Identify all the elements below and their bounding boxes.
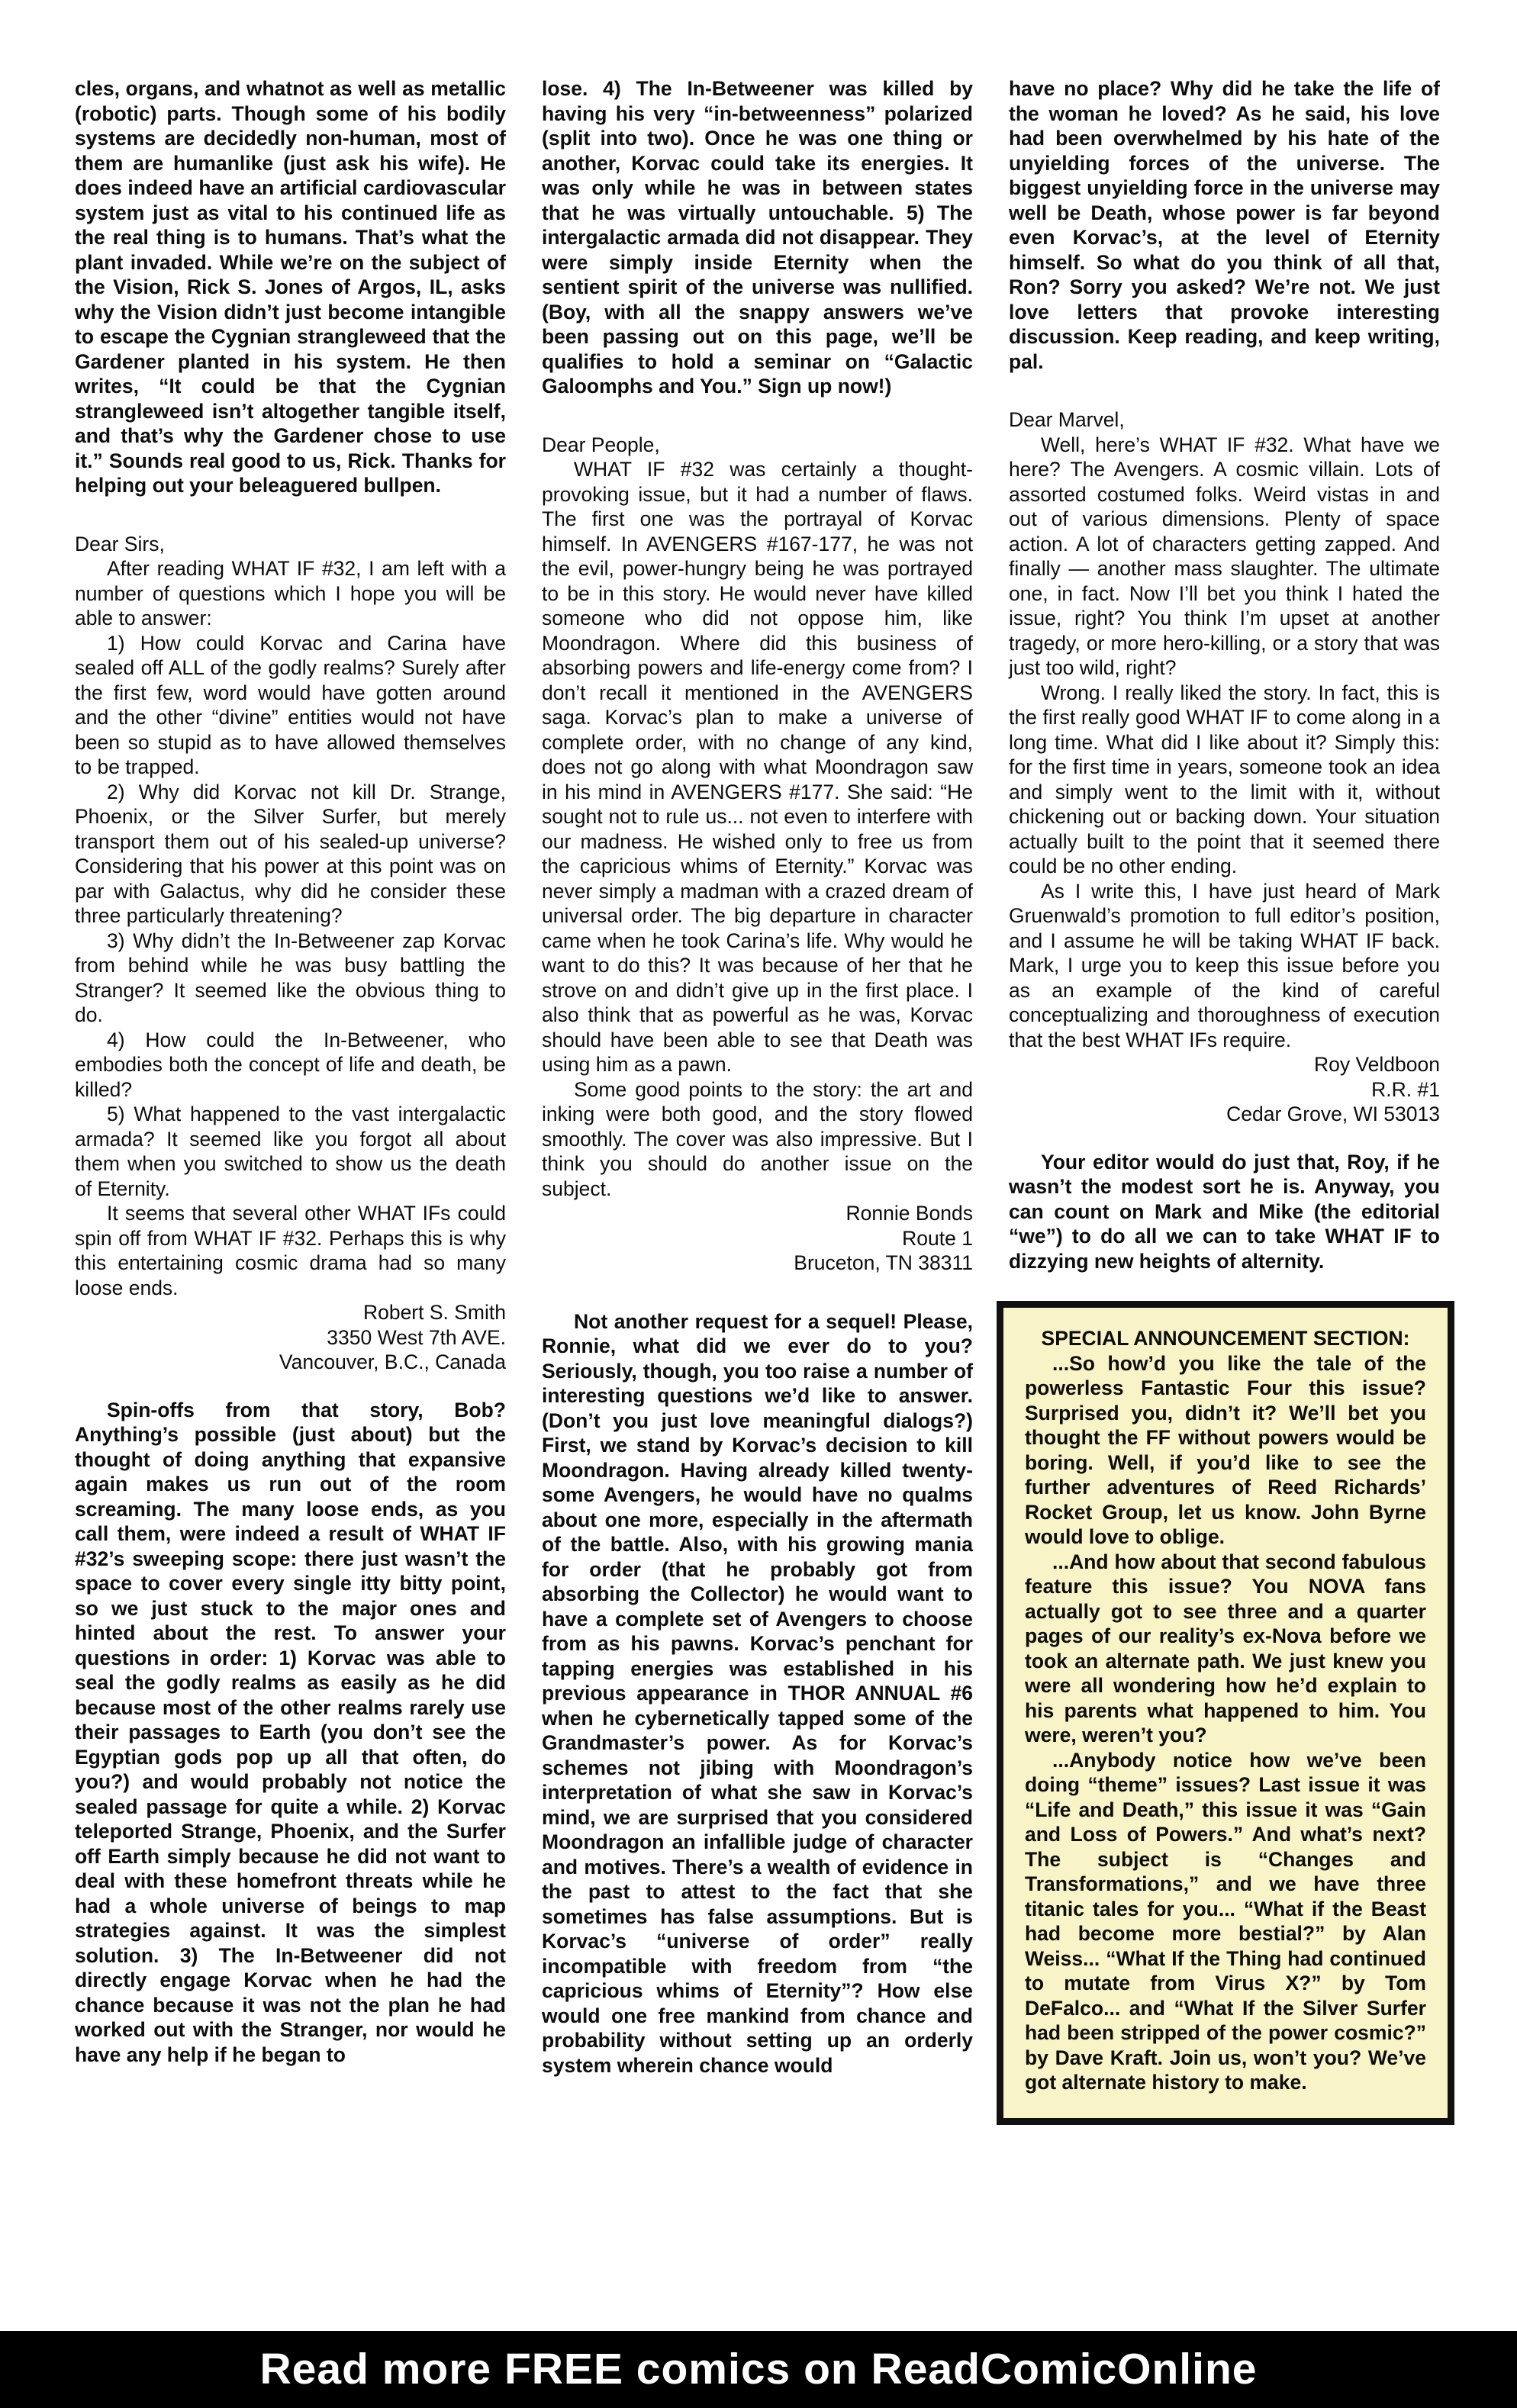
footer-banner: Read more FREE comics on ReadComicOnline — [0, 2331, 1517, 2408]
letter-paragraph: 5) What happened to the vast intergalact… — [75, 1102, 506, 1201]
signature-line: R.R. #1 — [1009, 1077, 1440, 1103]
special-announcement-box: SPECIAL ANNOUNCEMENT SECTION:...So how’d… — [997, 1301, 1454, 2125]
announcement-paragraph: ...So how’d you like the tale of the pow… — [1025, 1351, 1426, 1550]
letter-paragraph: Dear Marvel, — [1009, 407, 1440, 433]
letter-paragraph: Some good points to the story: the art a… — [542, 1077, 973, 1202]
letter-paragraph: Dear Sirs, — [75, 532, 506, 557]
editorial-reply-paragraph: Not another request for a sequel! Please… — [542, 1309, 973, 2078]
letter-paragraph: Wrong. I really liked the story. In fact… — [1009, 681, 1440, 879]
signature-line: Robert S. Smith — [75, 1300, 506, 1325]
signature-line: Roy Veldboon — [1009, 1052, 1440, 1077]
editorial-reply-paragraph: have no place? Why did he take the life … — [1009, 76, 1440, 374]
letter-paragraph: 1) How could Korvac and Carina have seal… — [75, 631, 506, 780]
signature-line: 3350 West 7th AVE. — [75, 1325, 506, 1350]
letters-column-1: cles, organs, and whatnot as well as met… — [75, 76, 506, 2125]
editorial-reply-paragraph: lose. 4) The In-Betweener was killed by … — [542, 76, 973, 399]
editorial-reply-paragraph: cles, organs, and whatnot as well as met… — [75, 76, 506, 498]
signature-line: Bruceton, TN 38311 — [542, 1251, 973, 1276]
letter-paragraph: It seems that several other WHAT IFs cou… — [75, 1201, 506, 1300]
editorial-reply-paragraph: Spin-offs from that story, Bob? Anything… — [75, 1398, 506, 2068]
letter-paragraph: 4) How could the In-Betweener, who embod… — [75, 1028, 506, 1103]
signature-line: Ronnie Bonds — [542, 1201, 973, 1226]
announcement-paragraph: ...Anybody notice how we’ve been doing “… — [1025, 1748, 1426, 2095]
announcement-paragraph: ...And how about that second fabulous fe… — [1025, 1550, 1426, 1748]
letter-paragraph: 2) Why did Korvac not kill Dr. Strange, … — [75, 780, 506, 929]
letter-paragraph: Dear People, — [542, 433, 973, 458]
letter-paragraph: Well, here’s WHAT IF #32. What have we h… — [1009, 433, 1440, 681]
signature-line: Cedar Grove, WI 53013 — [1009, 1102, 1440, 1127]
letters-column-3: have no place? Why did he take the life … — [1009, 76, 1440, 2125]
letter-paragraph: After reading WHAT IF #32, I am left wit… — [75, 556, 506, 631]
letters-columns: cles, organs, and whatnot as well as met… — [75, 76, 1440, 2125]
letter-paragraph: As I write this, I have just heard of Ma… — [1009, 879, 1440, 1053]
footer-banner-text: Read more FREE comics on ReadComicOnline — [0, 2331, 1517, 2408]
letters-column-2: lose. 4) The In-Betweener was killed by … — [542, 76, 973, 2125]
letter-paragraph: 3) Why didn’t the In-Betweener zap Korva… — [75, 929, 506, 1028]
special-announcement-title: SPECIAL ANNOUNCEMENT SECTION: — [1025, 1326, 1426, 1351]
letters-page: cles, organs, and whatnot as well as met… — [0, 0, 1517, 2408]
letter-paragraph: WHAT IF #32 was certainly a thought-prov… — [542, 457, 973, 1077]
signature-line: Vancouver, B.C., Canada — [75, 1350, 506, 1375]
signature-line: Route 1 — [542, 1226, 973, 1251]
editorial-reply-paragraph: Your editor would do just that, Roy, if … — [1009, 1150, 1440, 1274]
